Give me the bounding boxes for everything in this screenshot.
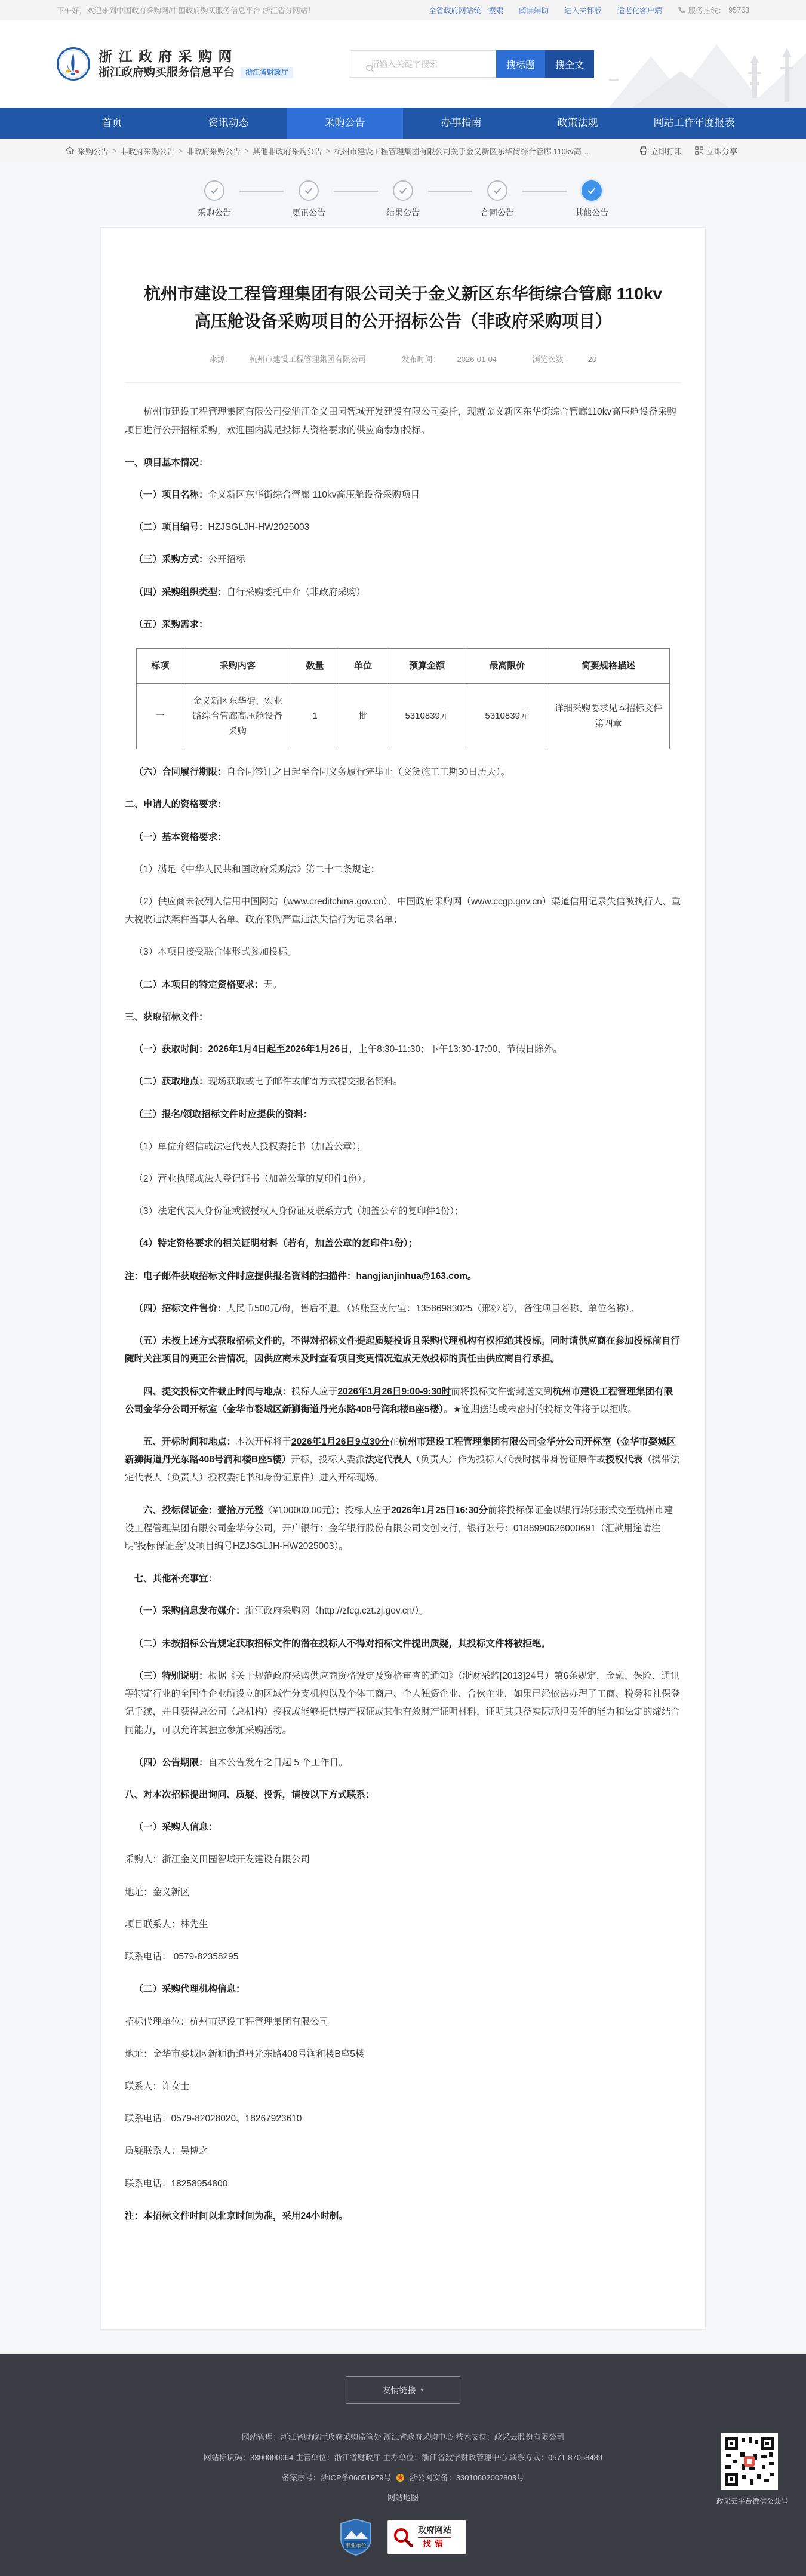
paragraph-37: 地址：金义新区 — [125, 1884, 681, 1902]
paragraph-11: （1）满足《中华人民共和国政府采购法》第二十二条规定； — [125, 861, 681, 879]
find-error-bottom-label: 找错 — [423, 2539, 447, 2550]
welcome-text: 下午好，欢迎来到中国政府采购网/中国政府购买服务信息平台-浙江省分网站！ — [57, 5, 315, 16]
svg-text:事业单位: 事业单位 — [345, 2542, 367, 2549]
paragraph-15: 三、获取招标文件： — [125, 1008, 681, 1026]
announcement-title: 杭州市建设工程管理集团有限公司关于金义新区东华街综合管廊 110kv高压舱设备采… — [140, 280, 666, 335]
print-label: 立即打印 — [651, 145, 682, 157]
requirements-table: 标项采购内容数量单位预算金额最高限价简要规格描述一金义新区东华街、宏业路综合管廊… — [136, 648, 670, 749]
text-segment: 地址：金义新区 — [125, 1887, 190, 1897]
source-label: 来源： — [210, 355, 233, 364]
text-segment: 前将投标文件密封送交到 — [451, 1387, 553, 1397]
table-cell: 5310839元 — [387, 683, 467, 749]
home-icon[interactable] — [66, 146, 74, 155]
text-segment: （二）获取地点： — [134, 1077, 208, 1087]
paragraph-27: 五、开标时间和地点：本次开标将于2026年1月26日9点30分在杭州市建设工程管… — [125, 1433, 681, 1488]
chevron-down-icon: ▾ — [420, 2387, 423, 2394]
text-segment: 根据《关于规范政府采购供应商资格设定及资格审查的通知》（浙财采监[2013]24… — [125, 1671, 680, 1735]
table-cell: 详细采购要求见本招标文件第四章 — [547, 683, 670, 749]
text-segment: HZJSGLJH-HW2025003 — [208, 522, 310, 532]
paragraph-21: （3）法定代表人身份证或被授权人身份证及联系方式（加盖公章的复印件1份）； — [125, 1203, 681, 1220]
paragraph-42: 地址：金华市婺城区新狮街道丹光东路408号润和楼B座5楼 — [125, 2046, 681, 2063]
text-segment: （3）本项目接受联合体形式参加投标。 — [134, 947, 297, 957]
text-segment: （一）基本资格要求： — [134, 832, 227, 842]
paragraph-34: 八、对本次招标提出询问、质疑、投诉，请按以下方式联系： — [125, 1786, 681, 1804]
announcement-card: 杭州市建设工程管理集团有限公司关于金义新区东华街综合管廊 110kv高压舱设备采… — [100, 227, 706, 2330]
text-segment: （一）项目名称： — [134, 490, 208, 500]
text-segment: （负责人）作为投标人代表时携带身份证原件或 — [411, 1455, 606, 1465]
text-segment: （一）采购信息发布媒介： — [134, 1606, 245, 1616]
paragraph-4: （三）采购方式：公开招标 — [125, 551, 681, 569]
paragraph-36: 采购人：浙江金义田园智城开发建设有限公司 — [125, 1851, 681, 1869]
text-segment: （四）公告期限： — [134, 1758, 208, 1768]
site-header: 浙 江 政 府 采 购 网 浙江政府购买服务信息平台浙江省财政厅 搜标题 搜全文 — [0, 20, 806, 108]
table-cell: 金义新区东华街、宏业路综合管廊高压舱设备采购 — [184, 683, 291, 749]
table-header-cell: 标项 — [136, 649, 184, 684]
text-segment: （一）获取时间： — [134, 1044, 208, 1054]
text-segment: 三、获取招标文件： — [125, 1012, 208, 1022]
text-segment: 地址：金华市婺城区新狮街道丹光东路408号润和楼B座5楼 — [125, 2049, 364, 2059]
nav-item-首页[interactable]: 首页 — [54, 108, 170, 139]
paragraph-5: （四）采购组织类型：自行采购委托中介（非政府采购） — [125, 584, 681, 602]
table-header-cell: 预算金额 — [387, 649, 467, 684]
text-segment: 自合同签订之日起至合同义务履行完毕止（交货施工工期30日历天）。 — [227, 767, 510, 777]
nav-item-网站工作年度报表[interactable]: 网站工作年度报表 — [636, 108, 752, 139]
paragraph-2: （一）项目名称：金义新区东华街综合管廊 110kv高压舱设备采购项目 — [125, 486, 681, 504]
breadcrumb-item-3[interactable]: 其他非政府采购公告 — [253, 145, 322, 157]
paragraph-6: （五）采购需求： — [125, 616, 681, 634]
publish-label: 发布时间： — [402, 355, 441, 364]
topbar-link-0[interactable]: 全省政府网站统一搜索 — [429, 5, 503, 16]
finance-dept-badge: 浙江省财政厅 — [241, 67, 293, 79]
table-header-cell: 简要规格描述 — [547, 649, 670, 684]
print-icon — [639, 146, 648, 155]
text-segment: （三）采购方式： — [134, 554, 208, 565]
text-segment: 注：电子邮件获取招标文件时应提供报名资料的扫描件： — [125, 1271, 356, 1281]
paragraph-28: 六、投标保证金：壹拾万元整（¥100000.00元）；投标人应于2026年1月2… — [125, 1502, 681, 1556]
hotline-number: 95763 — [728, 6, 749, 14]
text-segment: 公开招标 — [208, 554, 245, 565]
share-label: 立即分享 — [706, 145, 737, 157]
paragraph-17: （二）获取地点：现场获取或电子邮件或邮寄方式提交报名资料。 — [125, 1073, 681, 1091]
text-segment: （2）供应商未被列入信用中国网站（www.creditchina.gov.cn）… — [125, 897, 681, 925]
text-segment: 采购人：浙江金义田园智城开发建设有限公司 — [125, 1854, 310, 1864]
search-fulltext-button[interactable]: 搜全文 — [545, 50, 594, 78]
text-segment: 注：本招标文件时间以北京时间为准，采用24小时制。 — [125, 2211, 348, 2221]
text-segment: 自本公告发布之日起 5 个工作日。 — [208, 1758, 348, 1768]
icp-number: 备案序号：浙ICP备06051979号 — [282, 2473, 392, 2482]
text-segment: 项目联系人：林先生 — [125, 1919, 208, 1930]
text-segment: 质疑联系人：吴博之 — [125, 2146, 208, 2156]
paragraph-35: （一）采购人信息： — [125, 1818, 681, 1836]
nav-item-政策法规[interactable]: 政策法规 — [519, 108, 636, 139]
step-check-icon — [487, 180, 507, 201]
text-segment: 五、开标时间和地点： — [143, 1437, 236, 1447]
main-nav: 首页资讯动态采购公告办事指南政策法规网站工作年度报表 — [0, 108, 806, 139]
paragraph-32: （三）特别说明：根据《关于规范政府采购供应商资格设定及资格审查的通知》（浙财采监… — [125, 1667, 681, 1740]
nav-item-资讯动态[interactable]: 资讯动态 — [170, 108, 287, 139]
paragraph-45: 质疑联系人：吴博之 — [125, 2142, 681, 2160]
paragraph-1: 一、项目基本情况： — [125, 454, 681, 472]
text-segment: （四）招标文件售价： — [134, 1304, 227, 1314]
paragraph-29: 七、其他补充事宜： — [125, 1570, 681, 1588]
search-title-button[interactable]: 搜标题 — [496, 50, 545, 78]
text-segment: 联系电话：0579-82028020、18267923610 — [125, 2114, 302, 2124]
text-segment: 七、其他补充事宜： — [134, 1574, 218, 1584]
step-check-icon — [582, 180, 602, 201]
text-segment: （3）法定代表人身份证或被授权人身份证及联系方式（加盖公章的复印件1份）； — [134, 1206, 464, 1216]
table-header-row: 标项采购内容数量单位预算金额最高限价简要规格描述 — [136, 649, 670, 684]
text-segment: （一）采购人信息： — [134, 1822, 218, 1832]
step-check-icon — [393, 180, 413, 201]
footer-manage-line: 网站管理：浙江省财政厅政府采购监管处 浙江省政府采购中心 技术支持：政采云股份有… — [0, 2431, 806, 2444]
table-row: 一金义新区东华街、宏业路综合管廊高压舱设备采购1批5310839元5310839… — [136, 683, 670, 749]
breadcrumb-item-0[interactable]: 采购公告 — [78, 145, 109, 157]
text-segment: 2026年1月4日起至2026年1月26日 — [208, 1044, 349, 1054]
step-合同公告[interactable]: 合同公告 — [478, 180, 516, 219]
breadcrumb-separator: > — [112, 146, 117, 155]
text-segment: 金义新区东华街综合管廊 110kv高压舱设备采购项目 — [208, 490, 420, 500]
text-segment: 在 — [389, 1437, 399, 1447]
paragraph-38: 项目联系人：林先生 — [125, 1916, 681, 1934]
print-action[interactable]: 立即打印 — [639, 145, 682, 157]
text-segment: 法定代表人 — [365, 1455, 411, 1465]
text-segment: （1）满足《中华人民共和国政府采购法》第二十二条规定； — [134, 864, 380, 875]
paragraph-31: （二）未按招标公告规定获取招标文件的潜在投标人不得对招标文件提出质疑，其投标文件… — [125, 1635, 681, 1653]
text-segment: 授权代表 — [605, 1455, 642, 1465]
source-value: 杭州市建设工程管理集团有限公司 — [250, 355, 366, 364]
site-subtitle: 浙江政府购买服务信息平台 — [99, 66, 235, 79]
step-label: 合同公告 — [481, 207, 514, 219]
text-segment: 二、申请人的资格要求： — [125, 799, 227, 809]
qr-caption: 政采云平台微信公众号 — [716, 2496, 782, 2506]
footer-id-line: 网站标识码：3300000064 主管单位：浙江省财政厅 主办单位：浙江省数字财… — [0, 2452, 806, 2464]
breadcrumb-item-2[interactable]: 非政府采购公告 — [186, 145, 241, 157]
top-bar-links: 全省政府网站统一搜索阅读辅助进入关怀版适老化客户端 服务热线：95763 — [429, 5, 749, 16]
views-count: 20 — [588, 355, 596, 364]
paragraph-26: 四、提交投标文件截止时间与地点：投标人应于2026年1月26日9:00-9:30… — [125, 1383, 681, 1419]
paragraph-10: （一）基本资格要求： — [125, 829, 681, 847]
paragraph-23: 注：电子邮件获取招标文件时应提供报名资料的扫描件：hangjianjinhua@… — [125, 1268, 681, 1286]
text-segment: （五）未按上述方式获取招标文件的，不得对招标文件提起质疑投诉且采购代理机构有权拒… — [125, 1336, 680, 1364]
text-segment: （三）特别说明： — [134, 1671, 208, 1681]
step-check-icon — [299, 180, 319, 201]
share-qr-icon — [695, 146, 703, 155]
text-segment: hangjianjinhua@163.com — [356, 1271, 468, 1281]
hotline-label: 服务热线： — [688, 5, 726, 16]
table-cell: 批 — [339, 683, 387, 749]
text-segment: 无。 — [264, 980, 282, 990]
paragraph-3: （二）项目编号：HZJSGLJH-HW2025003 — [125, 519, 681, 536]
friend-links-select[interactable]: 友情链接 ▾ — [346, 2376, 460, 2404]
text-segment: 四、提交投标文件截止时间与地点： — [143, 1387, 291, 1397]
text-segment: （4）特定资格要求的相关证明材料（若有，加盖公章的复印件1份）； — [134, 1238, 418, 1249]
hotline: 服务热线：95763 — [678, 5, 749, 16]
site-footer: 友情链接 ▾ 网站管理：浙江省财政厅政府采购监管处 浙江省政府采购中心 技术支持… — [0, 2354, 806, 2576]
views-label: 浏览次数： — [533, 355, 571, 364]
paragraph-39: 联系电话： 0579-82358295 — [125, 1948, 681, 1966]
breadcrumb-bar: 采购公告>非政府采购公告>非政府采购公告>其他非政府采购公告>杭州市建设工程管理… — [0, 139, 806, 162]
breadcrumb-current: 杭州市建设工程管理集团有限公司关于金义新区东华街综合管廊 110kv高压... — [334, 145, 590, 157]
step-label: 结果公告 — [386, 207, 420, 219]
paragraph-14: （二）本项目的特定资格要求：无。 — [125, 976, 681, 994]
top-bar: 下午好，欢迎来到中国政府采购网/中国政府购买服务信息平台-浙江省分网站！ 全省政… — [0, 0, 806, 20]
text-segment: （五）采购需求： — [134, 620, 208, 630]
qr-code — [721, 2433, 778, 2490]
step-connector — [522, 191, 567, 192]
paragraph-19: （1）单位介绍信或法定代表人授权委托书（加盖公章）； — [125, 1138, 681, 1156]
step-connector — [334, 191, 378, 192]
search-bar: 搜标题 搜全文 — [350, 50, 594, 78]
step-check-icon — [204, 180, 224, 201]
table-header-cell: 最高限价 — [467, 649, 547, 684]
paragraph-46: 联系电话：18258954800 — [125, 2175, 681, 2193]
text-segment: （2）营业执照或法人登记证书（加盖公章的复印件1份）； — [134, 1174, 371, 1184]
text-segment: （三）报名/领取招标文件时应提供的资料： — [134, 1109, 313, 1120]
table-cell: 5310839元 — [467, 683, 547, 749]
announcement-meta: 来源：杭州市建设工程管理集团有限公司 发布时间：2026-01-04 浏览次数：… — [125, 353, 681, 383]
breadcrumb-separator: > — [179, 146, 183, 155]
text-segment: 杭州市建设工程管理集团有限公司受浙江金义田园智城开发建设有限公司委托，现就金义新… — [125, 407, 676, 435]
text-segment: 2026年1月26日9:00-9:30时 — [338, 1387, 451, 1397]
text-segment: （二）项目编号： — [134, 522, 208, 532]
table-header-cell: 数量 — [291, 649, 339, 684]
text-segment: 八、对本次招标提出询问、质疑、投诉，请按以下方式联系： — [125, 1790, 375, 1800]
text-segment: （四）采购组织类型： — [134, 587, 227, 597]
table-header-cell: 采购内容 — [184, 649, 291, 684]
share-action[interactable]: 立即分享 — [695, 145, 737, 157]
paragraph-43: 联系人：许女士 — [125, 2078, 681, 2096]
public-institution-badge[interactable]: 事业单位 — [340, 2519, 372, 2556]
text-segment: 浙江政府采购网（http://zfcg.czt.zj.gov.cn/）。 — [245, 1606, 429, 1616]
paragraph-16: （一）获取时间：2026年1月4日起至2026年1月26日，上午8:30-11:… — [125, 1041, 681, 1059]
paragraph-33: （四）公告期限：自本公告发布之日起 5 个工作日。 — [125, 1754, 681, 1772]
paragraph-22: （4）特定资格要求的相关证明材料（若有，加盖公章的复印件1份）； — [125, 1235, 681, 1253]
step-其他公告[interactable]: 其他公告 — [573, 180, 611, 219]
text-segment: （1）单位介绍信或法定代表人授权委托书（加盖公章）； — [134, 1142, 366, 1152]
paragraph-40: （二）采购代理机构信息： — [125, 1980, 681, 1998]
text-segment: 一、项目基本情况： — [125, 458, 208, 468]
paragraph-0: 杭州市建设工程管理集团有限公司受浙江金义田园智城开发建设有限公司委托，现就金义新… — [125, 403, 681, 439]
paragraph-20: （2）营业执照或法人登记证书（加盖公章的复印件1份）； — [125, 1170, 681, 1188]
step-采购公告[interactable]: 采购公告 — [195, 180, 233, 219]
paragraph-18: （三）报名/领取招标文件时应提供的资料： — [125, 1106, 681, 1124]
paragraph-13: （3）本项目接受联合体形式参加投标。 — [125, 943, 681, 961]
text-segment: 投标人应于 — [291, 1387, 338, 1397]
table-cell: 1 — [291, 683, 339, 749]
text-segment: 本次开标将于 — [236, 1437, 291, 1447]
find-error-top-label: 政府网站 — [418, 2525, 451, 2538]
phone-icon — [678, 6, 685, 14]
text-segment: 联系电话：18258954800 — [125, 2179, 227, 2189]
footer-icp-line: 备案序号：浙ICP备06051979号 浙公网安备：33010602002803… — [0, 2472, 806, 2485]
paragraph-47: 注：本招标文件时间以北京时间为准，采用24小时制。 — [125, 2207, 681, 2225]
nav-item-办事指南[interactable]: 办事指南 — [403, 108, 519, 139]
police-badge-icon — [396, 2473, 405, 2482]
step-更正公告[interactable]: 更正公告 — [290, 180, 328, 219]
text-segment: 自行采购委托中介（非政府采购） — [227, 587, 366, 597]
text-segment: 。 — [467, 1271, 477, 1281]
text-segment: 。★逾期送达或未密封的投标文件将予以拒收。 — [444, 1404, 637, 1415]
table-cell: 一 — [136, 683, 184, 749]
step-connector — [239, 191, 284, 192]
breadcrumb-separator: > — [326, 146, 331, 155]
paragraph-25: （五）未按上述方式获取招标文件的，不得对招标文件提起质疑投诉且采购代理机构有权拒… — [125, 1332, 681, 1368]
text-segment: （二）未按招标公告规定获取招标文件的潜在投标人不得对招标文件提出质疑，其投标文件… — [134, 1639, 551, 1649]
friend-links-label: 友情链接 — [382, 2384, 416, 2396]
text-segment: （二）采购代理机构信息： — [134, 1984, 245, 1994]
step-label: 更正公告 — [292, 207, 325, 219]
sitemap-link[interactable]: 网站地图 — [387, 2493, 419, 2502]
text-segment: 开标，投标人委派 — [291, 1455, 365, 1465]
step-label: 采购公告 — [198, 207, 231, 219]
site-name: 浙 江 政 府 采 购 网 — [99, 48, 293, 66]
topbar-link-3[interactable]: 适老化客户端 — [617, 5, 662, 16]
text-segment: 2026年1月26日9点30分 — [291, 1437, 389, 1447]
find-error-magnifier-icon — [393, 2527, 413, 2547]
table-header-cell: 单位 — [339, 649, 387, 684]
paragraph-44: 联系电话：0579-82028020、18267923610 — [125, 2110, 681, 2128]
text-segment: 现场获取或电子邮件或邮寄方式提交报名资料。 — [208, 1077, 403, 1087]
paragraph-9: 二、申请人的资格要求： — [125, 796, 681, 814]
text-segment: ，上午8:30-11:30；下午13:30-17:00，节假日除外。 — [349, 1044, 562, 1054]
publish-date: 2026-01-04 — [457, 355, 497, 364]
text-segment: 招标代理单位：杭州市建设工程管理集团有限公司 — [125, 2017, 328, 2027]
text-segment: 2026年1月25日16:30分 — [391, 1505, 488, 1516]
paragraph-12: （2）供应商未被列入信用中国网站（www.creditchina.gov.cn）… — [125, 893, 681, 929]
text-segment: （六）合同履行期限： — [134, 767, 227, 777]
breadcrumb-item-1[interactable]: 非政府采购公告 — [121, 145, 175, 157]
text-segment: 人民币500元/份，售后不退。（转账至支付宝：13586983025（邢妙芳），… — [227, 1304, 639, 1314]
paragraph-24: （四）招标文件售价：人民币500元/份，售后不退。（转账至支付宝：1358698… — [125, 1300, 681, 1318]
topbar-link-2[interactable]: 进入关怀版 — [564, 5, 602, 16]
site-logo[interactable]: 浙 江 政 府 采 购 网 浙江政府购买服务信息平台浙江省财政厅 — [57, 47, 293, 81]
topbar-link-1[interactable]: 阅读辅助 — [519, 5, 549, 16]
logo-emblem-icon — [57, 47, 90, 81]
paragraph-8: （六）合同履行期限：自合同签订之日起至合同义务履行完毕止（交货施工工期30日历天… — [125, 763, 681, 781]
step-connector — [428, 191, 472, 192]
text-segment: 六、投标保证金：壹拾万元整 — [143, 1505, 264, 1516]
nav-item-采购公告[interactable]: 采购公告 — [287, 108, 403, 139]
announcement-steps: 采购公告更正公告结果公告合同公告其他公告 — [0, 180, 806, 219]
announcement-body: 杭州市建设工程管理集团有限公司受浙江金义田园智城开发建设有限公司委托，现就金义新… — [125, 403, 681, 2225]
text-segment: （¥100000.00元）；投标人应于 — [264, 1505, 392, 1516]
text-segment: 联系电话： 0579-82358295 — [125, 1952, 238, 1962]
paragraph-41: 招标代理单位：杭州市建设工程管理集团有限公司 — [125, 2013, 681, 2031]
security-record-number: 浙公网安备：33010602002803号 — [410, 2473, 524, 2482]
breadcrumb: 采购公告>非政府采购公告>非政府采购公告>其他非政府采购公告>杭州市建设工程管理… — [66, 145, 590, 157]
breadcrumb-separator: > — [244, 146, 249, 155]
wechat-qr-block: 政采云平台微信公众号 — [716, 2433, 782, 2506]
step-结果公告[interactable]: 结果公告 — [384, 180, 422, 219]
gov-site-find-error-badge[interactable]: 政府网站 找错 — [387, 2520, 466, 2554]
step-label: 其他公告 — [575, 207, 608, 219]
text-segment: （二）本项目的特定资格要求： — [134, 980, 264, 990]
paragraph-30: （一）采购信息发布媒介：浙江政府采购网（http://zfcg.czt.zj.g… — [125, 1602, 681, 1620]
text-segment: 联系人：许女士 — [125, 2081, 190, 2092]
